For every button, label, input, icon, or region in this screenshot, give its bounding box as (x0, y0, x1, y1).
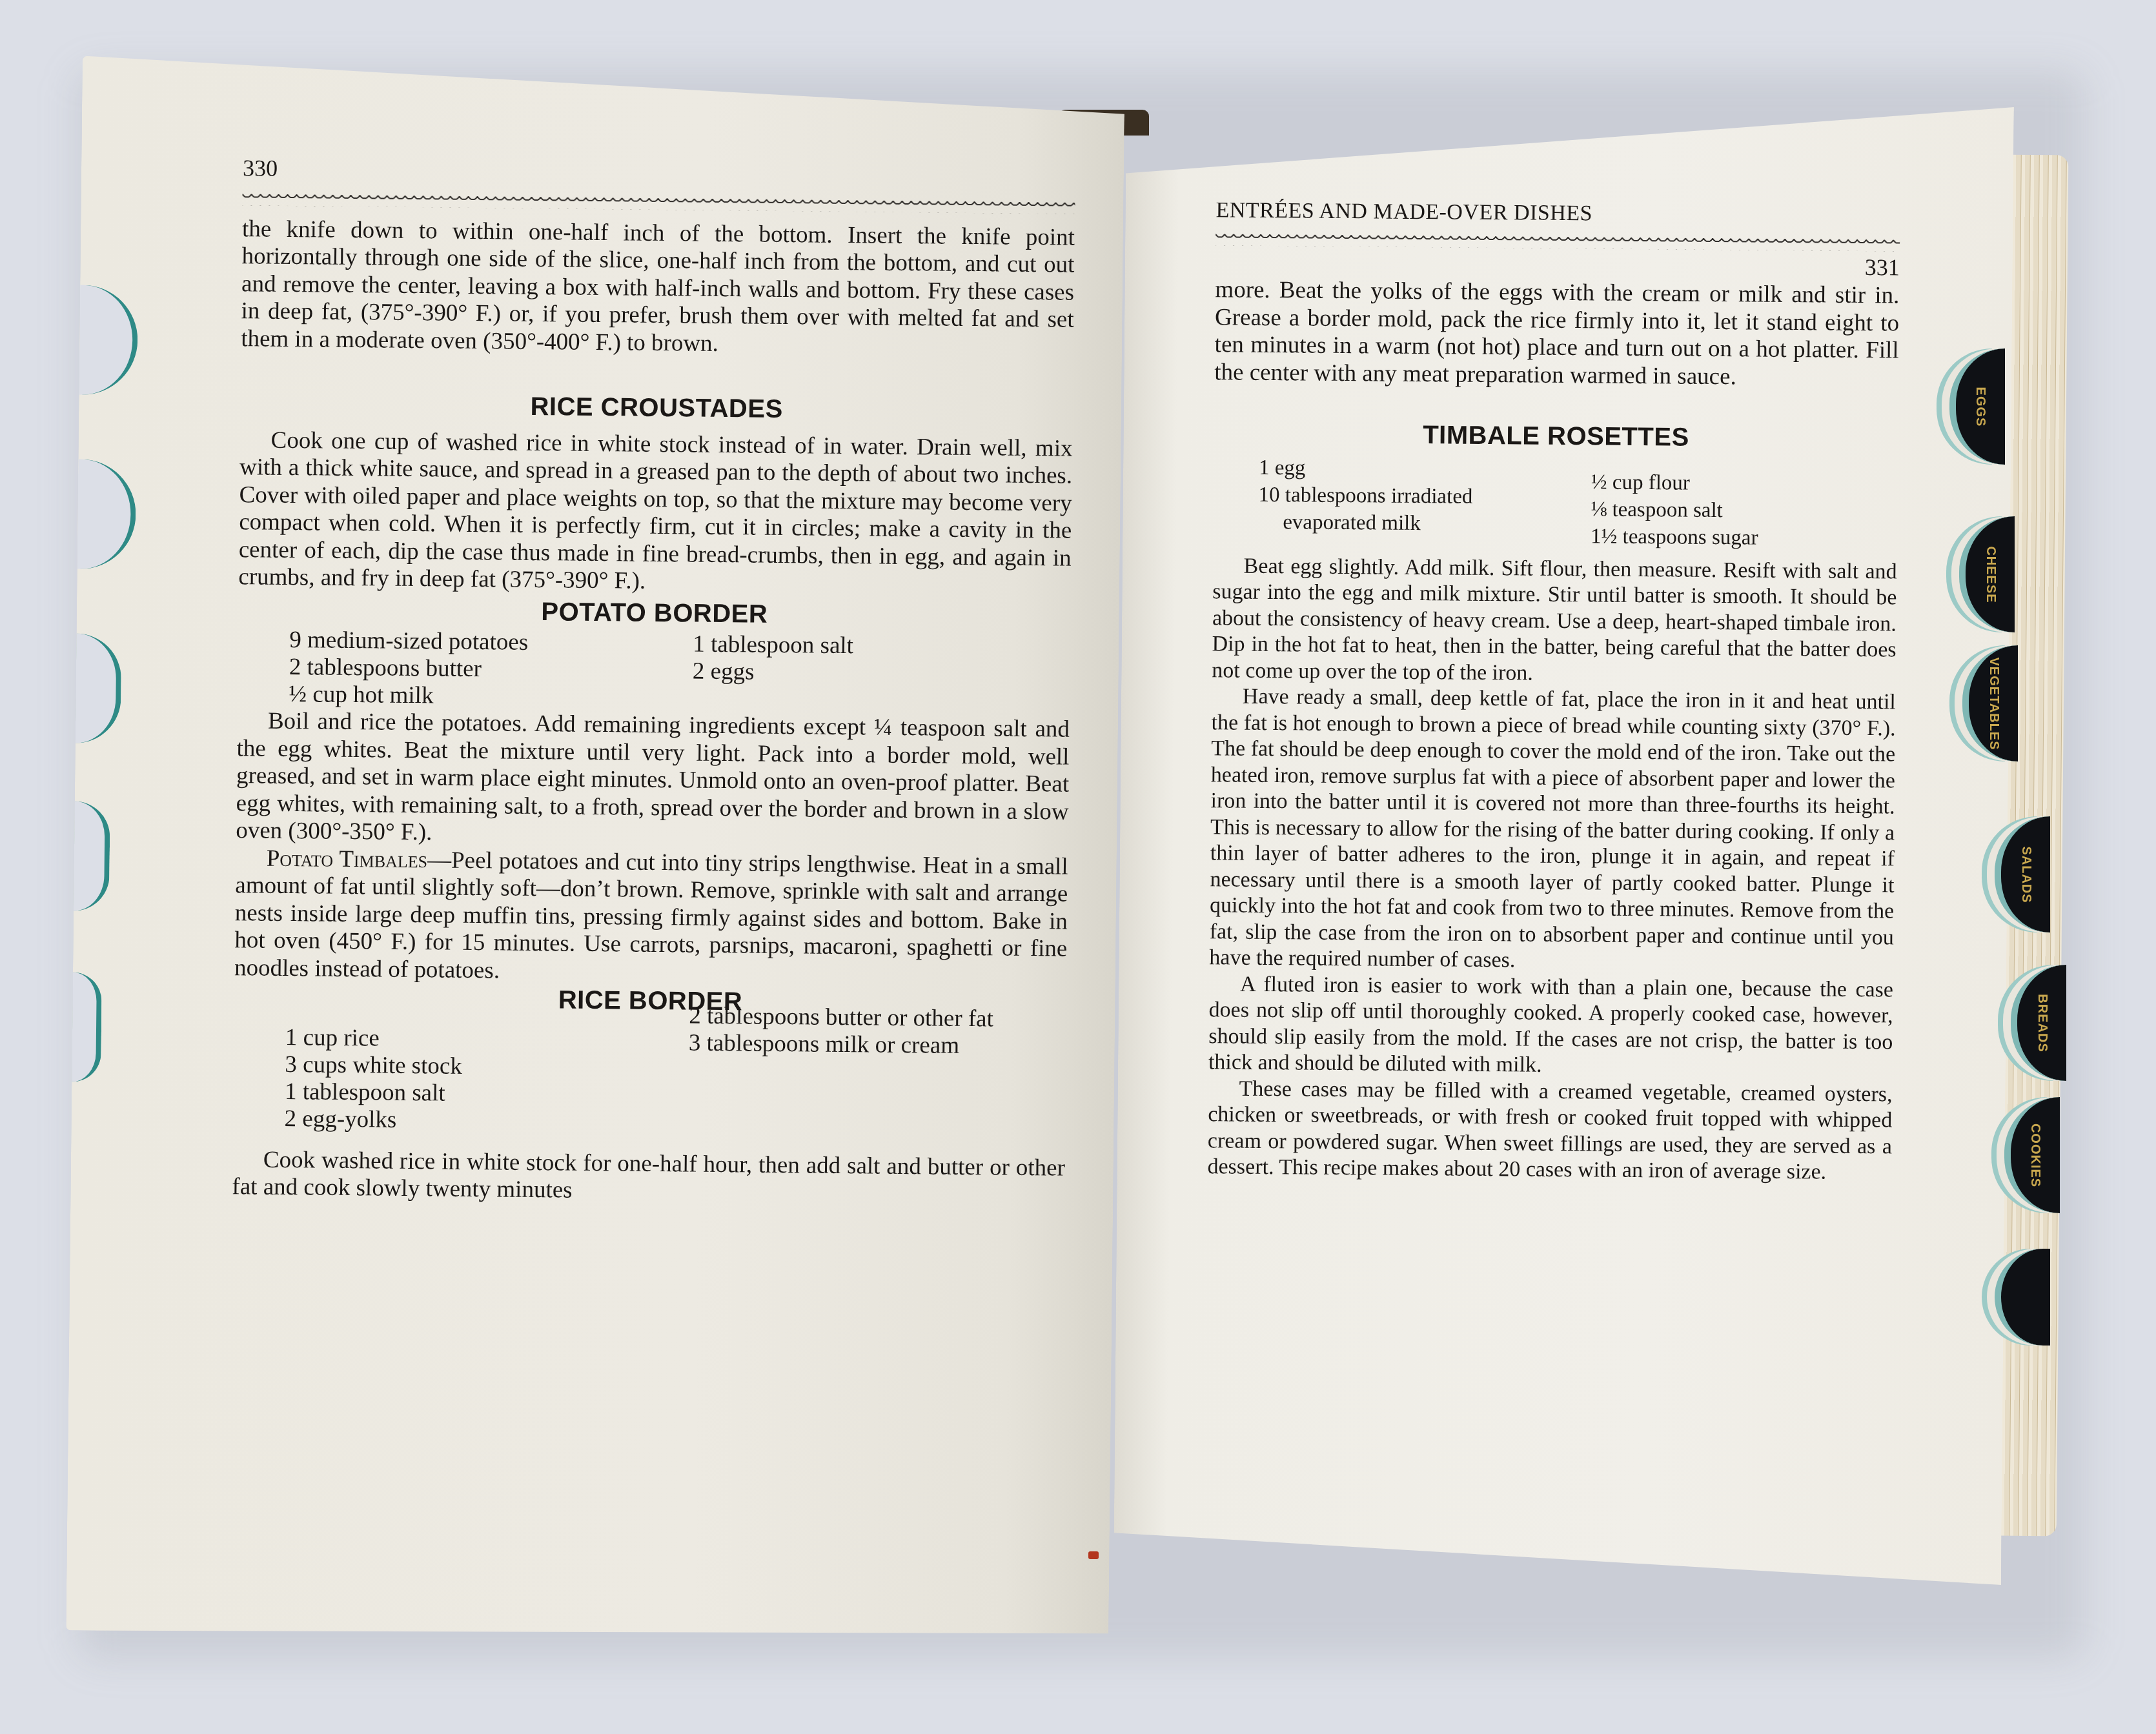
ingredient: 3 cups white stock (285, 1051, 662, 1082)
ingredient: 3 tablespoons milk or cream (689, 1029, 1066, 1060)
ingredient: 9 medium-sized potatoes (289, 627, 667, 658)
open-cookbook-photo: 330 the knife down to within one-half in… (0, 0, 2156, 1734)
recipe-body-potato-border: Boil and rice the potatoes. Add remainin… (236, 707, 1070, 853)
ingredient: ⅛ teaspoon salt (1591, 496, 1897, 525)
tab-label: SALADS (2019, 846, 2033, 903)
right-page: ENTRÉES AND MADE-OVER DISHES 331 more. B… (1114, 99, 2014, 1585)
recipe-title-potato-border: POTATO BORDER (238, 595, 1071, 631)
ingredient: 2 egg-yolks (284, 1105, 662, 1136)
thumb-index-notch (76, 634, 122, 744)
recipe-title-rice-croustades: RICE CROUSTADES (240, 390, 1073, 426)
ingredients-column-right: ½ cup flour ⅛ teaspoon salt 1½ teaspoons… (1591, 469, 1898, 552)
tab-label: VEGETABLES (1986, 657, 2001, 750)
recipe-title-timbale-rosettes: TIMBALE ROSETTES (1214, 419, 1898, 453)
ingredient: ½ cup flour (1591, 469, 1898, 498)
ingredient: 10 tablespoons irradiated (1258, 481, 1565, 510)
ingredient: ½ cup hot milk (289, 681, 666, 712)
paragraph: Have ready a small, deep kettle of fat, … (1209, 683, 1896, 977)
tab-label: COOKIES (2028, 1123, 2043, 1187)
thumb-index-notch (77, 459, 136, 570)
ingredients-column-right: 1 tablespoon salt 2 eggs (692, 631, 1070, 716)
left-page: 330 the knife down to within one-half in… (66, 56, 1124, 1642)
continued-paragraph: more. Beat the yolks of the eggs with th… (1214, 276, 1899, 392)
right-page-content: ENTRÉES AND MADE-OVER DISHES 331 more. B… (1207, 197, 1900, 1186)
tab-label: CHEESE (1983, 546, 1998, 603)
recipe-body-rice-border: Cook washed rice in white stock for one-… (232, 1146, 1065, 1210)
paragraph: These cases may be filled with a creamed… (1207, 1076, 1892, 1186)
ingredient: 2 tablespoons butter or other fat (689, 1002, 1066, 1033)
ingredient: 1 tablespoon salt (693, 631, 1070, 662)
ingredient-continued: evaporated milk (1258, 508, 1565, 538)
ingredients-timbale-rosettes: 1 egg 10 tablespoons irradiated evaporat… (1213, 454, 1898, 552)
paragraph: A fluted iron is easier to work with tha… (1208, 971, 1893, 1082)
spine-bottom-cloth (1088, 1551, 1099, 1559)
ingredient: 1 egg (1259, 454, 1565, 483)
thumb-index-notch (79, 285, 138, 396)
paragraph: Beat egg slightly. Add milk. Sift flour,… (1212, 553, 1897, 690)
ingredients-potato-border: 9 medium-sized potatoes 2 tablespoons bu… (237, 626, 1070, 716)
recipe-body-rice-croustades: Cook one cup of washed rice in white sto… (238, 427, 1073, 600)
thumb-index-notch (74, 801, 110, 912)
variation-title: Potato Timbales (267, 845, 428, 873)
tab-label: EGGS (1973, 387, 1988, 427)
variation-potato-timbales: Potato Timbales—Peel potatoes and cut in… (234, 845, 1068, 991)
ingredients-column-left: 1 egg 10 tablespoons irradiated evaporat… (1258, 454, 1565, 549)
tab-label: BREADS (2035, 994, 2049, 1052)
header-wavy-rule (242, 194, 1075, 214)
running-head: ENTRÉES AND MADE-OVER DISHES (1215, 197, 1900, 230)
ingredients-column-left: 9 medium-sized potatoes 2 tablespoons bu… (289, 627, 667, 712)
thumb-index-notch (72, 973, 102, 1082)
ingredients-rice-border: 1 cup rice 3 cups white stock 1 tablespo… (232, 1023, 1066, 1140)
ingredient: 1½ teaspoons sugar (1591, 523, 1897, 552)
ingredients-column-right: 2 tablespoons butter or other fat 3 tabl… (687, 1002, 1066, 1140)
left-page-content: 330 the knife down to within one-half in… (232, 154, 1075, 1209)
ingredient: 1 tablespoon salt (285, 1078, 662, 1109)
ingredient: 2 eggs (693, 658, 1070, 689)
continued-paragraph: the knife down to within one-half inch o… (241, 216, 1075, 361)
ingredient: 2 tablespoons butter (289, 654, 667, 685)
page-number-right: 331 (1215, 248, 1900, 281)
recipe-body-timbale-rosettes: Beat egg slightly. Add milk. Sift flour,… (1207, 553, 1897, 1186)
ingredient: 1 cup rice (285, 1023, 663, 1054)
ingredients-column-left: 1 cup rice 3 cups white stock 1 tablespo… (284, 1023, 663, 1136)
page-number-left: 330 (243, 154, 1075, 190)
